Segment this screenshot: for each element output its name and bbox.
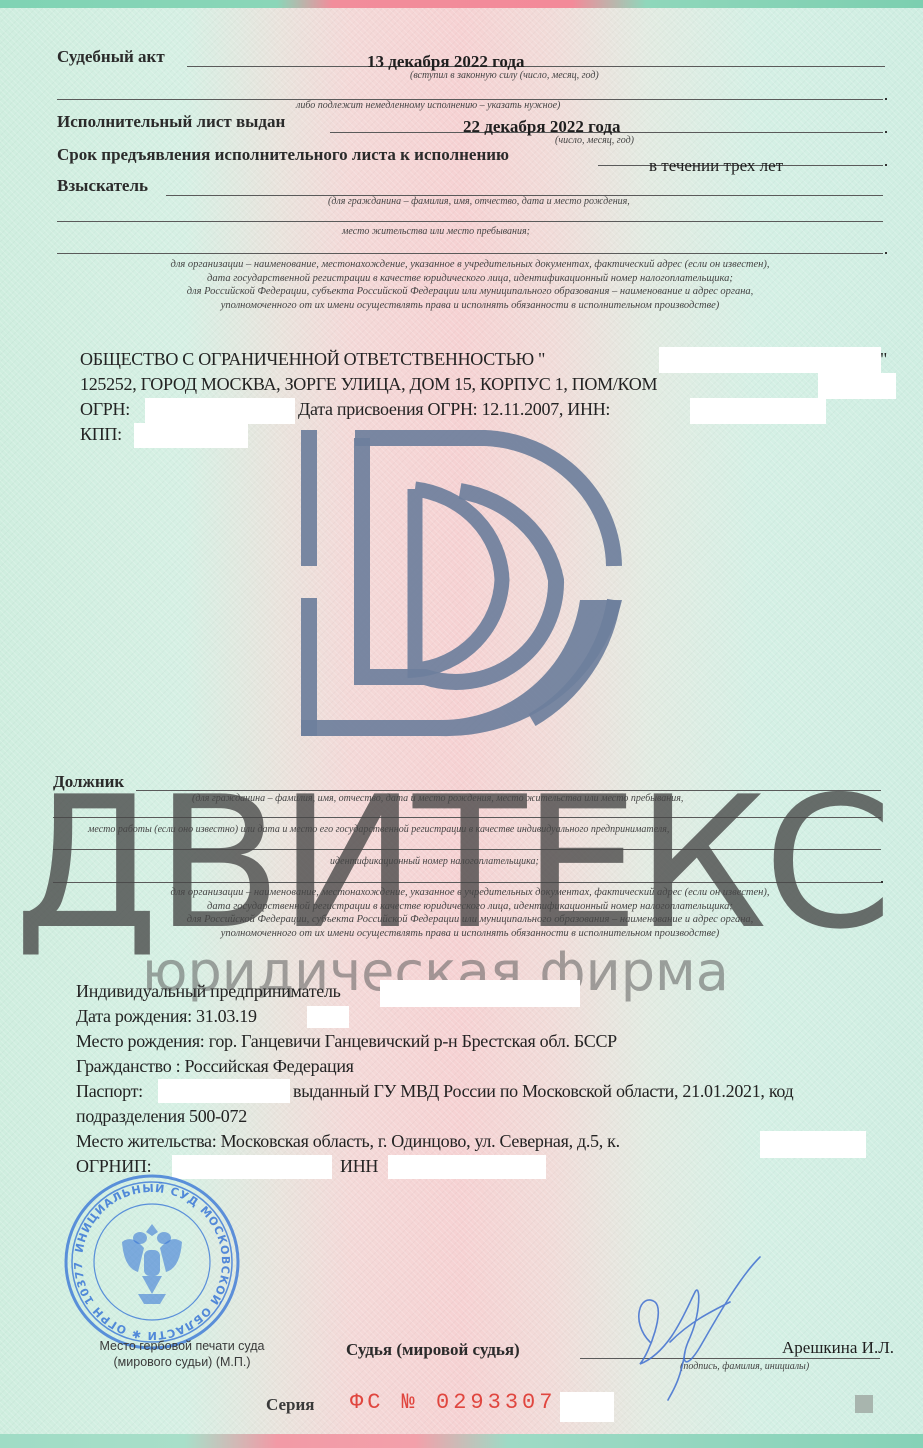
debtor-residence: Место жительства: Московская область, г.… [76, 1131, 620, 1152]
redacted-kpp [134, 423, 248, 448]
judicial-act-label: Судебный акт [57, 47, 165, 67]
debtor-passport-issued: выданный ГУ МВД России по Московской обл… [293, 1081, 793, 1102]
hint-line: для организации – наименование, местонах… [80, 258, 860, 272]
redacted-ogrn [145, 398, 295, 424]
redacted-debtor-name [380, 980, 580, 1007]
debtor-birth-date: Дата рождения: 31.03.19 [76, 1006, 257, 1027]
rule-dot [885, 252, 887, 254]
security-square-mark [855, 1395, 873, 1413]
debtor-status: Индивидуальный предприниматель [76, 981, 341, 1002]
hint-line: дата государственной регистрации в качес… [80, 272, 860, 286]
bottom-security-band [0, 1434, 923, 1448]
judicial-act-date: 13 декабря 2022 года [367, 52, 525, 72]
redacted-debtor-inn [388, 1155, 546, 1179]
judicial-act-hint-2: либо подлежит немедленному исполнению – … [296, 100, 560, 111]
judicial-act-hint: (вступил в законную силу (число, месяц, … [410, 70, 599, 81]
claimant-hint-2: место жительства или место пребывания; [342, 226, 530, 237]
claimant-kpp-label: КПП: [80, 424, 122, 445]
writ-issued-date: 22 декабря 2022 года [463, 117, 621, 137]
rule-dot [885, 131, 887, 133]
stamp-caption-line-2: (мирового судьи) (М.П.) [84, 1354, 280, 1370]
debtor-citizenship: Гражданство : Российская Федерация [76, 1056, 354, 1077]
claimant-ogrn-date: Дата присвоения ОГРН: 12.11.2007, ИНН: [298, 399, 610, 420]
rule-line [57, 253, 883, 254]
hint-line: уполномоченного от их имени осуществлять… [80, 299, 860, 313]
judge-name: Арешкина И.Л. [782, 1338, 894, 1358]
claimant-hint-1: (для гражданина – фамилия, имя, отчество… [328, 196, 630, 207]
debtor-inn-label: ИНН [340, 1156, 378, 1177]
rule-dot [885, 98, 887, 100]
writ-issued-label: Исполнительный лист выдан [57, 112, 285, 132]
court-stamp-icon: ИНИЦИАЛЬНЫЙ СУД МОСКОВСКОЙ ОБЛАСТИ ✱ ОГР… [62, 1172, 242, 1352]
claimant-label: Взыскатель [57, 176, 148, 196]
debtor-passport-division: подразделения 500-072 [76, 1106, 247, 1127]
claimant-address: 125252, ГОРОД МОСКВА, ЗОРГЕ УЛИЦА, ДОМ 1… [80, 374, 657, 395]
claimant-name-prefix: ОБЩЕСТВО С ОГРАНИЧЕННОЙ ОТВЕТСТВЕННОСТЬЮ… [80, 349, 545, 369]
redacted-series-digits [560, 1392, 614, 1422]
debtor-birth-place: Место рождения: гор. Ганцевичи Ганцевичс… [76, 1031, 617, 1052]
stamp-caption-line-1: Место гербовой печати суда [84, 1338, 280, 1354]
claimant-name-suffix: " [880, 349, 887, 370]
stamp-caption: Место гербовой печати суда (мирового суд… [84, 1338, 280, 1370]
redacted-inn [690, 398, 826, 424]
debtor-passport-label: Паспорт: [76, 1081, 143, 1102]
double-d-logo-icon [280, 420, 640, 780]
redacted-company-name [659, 347, 881, 373]
redacted-residence-part [760, 1131, 866, 1158]
series-number: ФС № 0293307 [350, 1390, 556, 1415]
claimant-name: ОБЩЕСТВО С ОГРАНИЧЕННОЙ ОТВЕТСТВЕННОСТЬЮ… [80, 349, 545, 370]
series-label: Серия [266, 1395, 314, 1415]
redacted-address-part [818, 373, 896, 399]
hint-line: для Российской Федерации, субъекта Росси… [80, 285, 860, 299]
rule-dot [885, 164, 887, 166]
top-security-band [0, 0, 923, 8]
rule-line [57, 221, 883, 222]
judge-label: Судья (мировой судья) [346, 1340, 520, 1360]
watermark-company-name: ДВИТЕКС [14, 772, 889, 954]
signature-icon [610, 1252, 790, 1402]
redacted-passport-number [158, 1079, 290, 1103]
writ-issued-hint: (число, месяц, год) [555, 135, 634, 146]
claimant-hint-org: для организации – наименование, местонах… [80, 258, 860, 312]
claimant-ogrn-label: ОГРН: [80, 399, 130, 420]
presentation-term-value: в течении трех лет [649, 156, 783, 176]
redacted-birth-year [307, 1006, 349, 1028]
rule-line [187, 66, 885, 67]
presentation-term-label: Срок предъявления исполнительного листа … [57, 145, 509, 165]
